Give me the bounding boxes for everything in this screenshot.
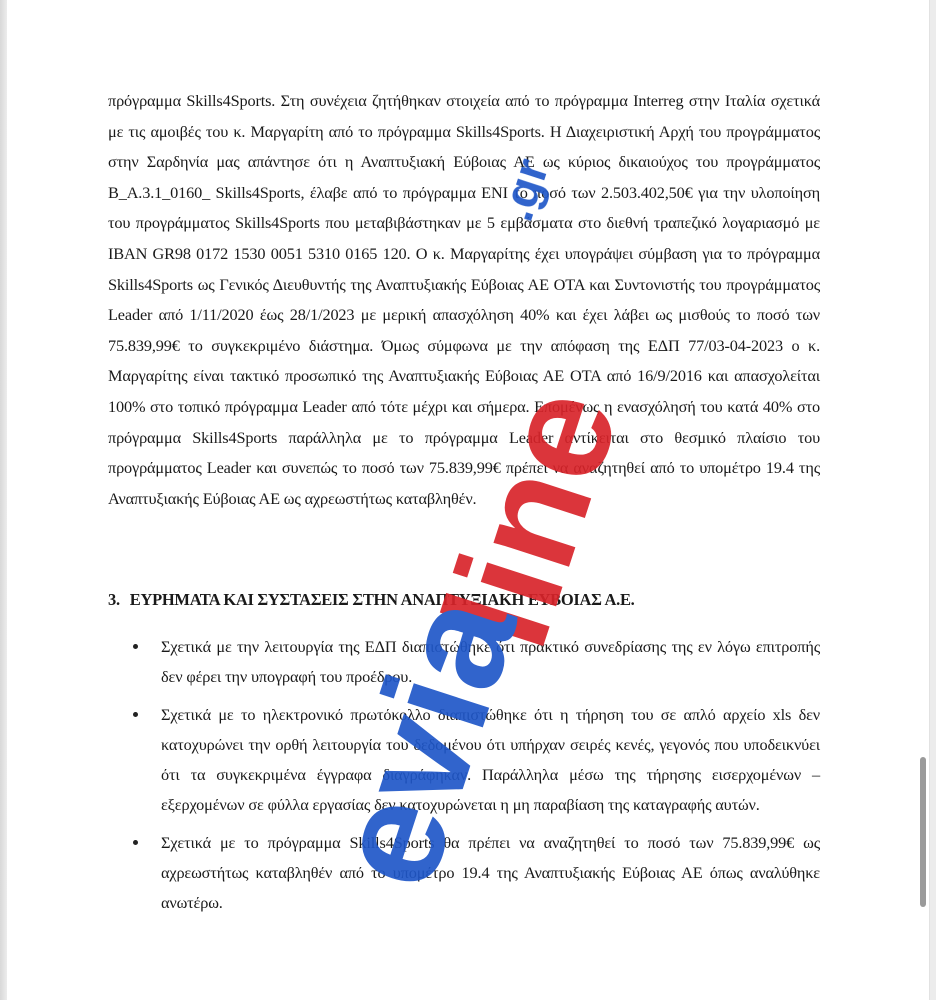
page-left-edge [0, 0, 7, 1000]
list-item: Σχετικά με το πρόγραμμα Skills4Sports θα… [130, 828, 820, 917]
list-item-text: Σχετικά με την λειτουργία της ΕΔΠ διαπισ… [161, 637, 820, 686]
bullet-icon [133, 712, 138, 717]
findings-list: Σχετικά με την λειτουργία της ΕΔΠ διαπισ… [130, 632, 820, 926]
bullet-icon [133, 644, 138, 649]
list-item: Σχετικά με την λειτουργία της ΕΔΠ διαπισ… [130, 632, 820, 691]
section-heading: 3.ΕΥΡΗΜΑΤΑ ΚΑΙ ΣΥΣΤΑΣΕΙΣ ΣΤΗΝ ΑΝΑΠΤΥΞΙΑΚ… [108, 586, 635, 614]
section-title: ΕΥΡΗΜΑΤΑ ΚΑΙ ΣΥΣΤΑΣΕΙΣ ΣΤΗΝ ΑΝΑΠΤΥΞΙΑΚΗ … [130, 590, 635, 609]
document-page: πρόγραμμα Skills4Sports. Στη συνέχεια ζη… [108, 86, 820, 514]
list-item-text: Σχετικά με το ηλεκτρονικό πρωτόκολλο δια… [161, 705, 820, 813]
bullet-icon [133, 840, 138, 845]
body-paragraph: πρόγραμμα Skills4Sports. Στη συνέχεια ζη… [108, 86, 820, 514]
section-number: 3. [108, 590, 120, 609]
scrollbar-thumb[interactable] [920, 757, 926, 907]
scrollbar-track[interactable] [929, 0, 936, 1000]
list-item-text: Σχετικά με το πρόγραμμα Skills4Sports θα… [161, 833, 820, 911]
list-item: Σχετικά με το ηλεκτρονικό πρωτόκολλο δια… [130, 700, 820, 819]
